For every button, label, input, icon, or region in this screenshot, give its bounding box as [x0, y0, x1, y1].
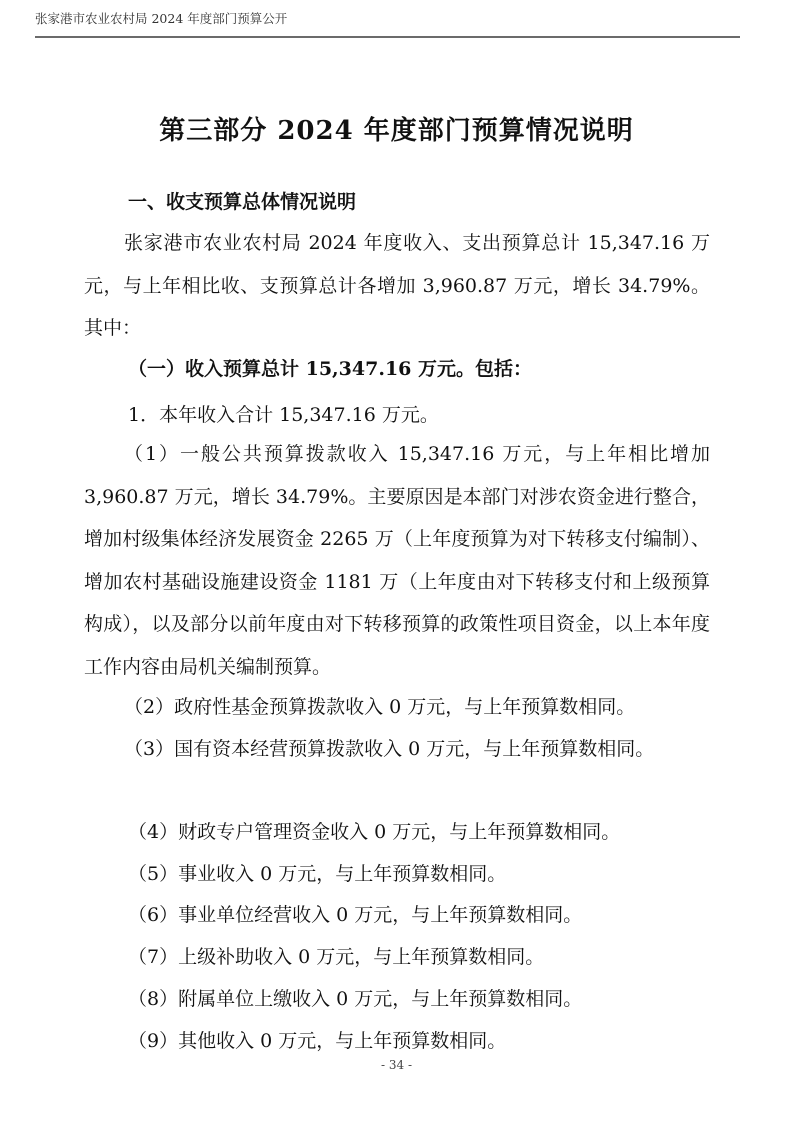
income-total-item: 1．本年收入合计 15,347.16 万元。	[128, 400, 439, 427]
income-item-4: （4）财政专户管理资金收入 0 万元，与上年预算数相同。	[128, 817, 620, 844]
page-number: - 34 -	[0, 1058, 793, 1072]
header-rule	[35, 36, 740, 38]
income-item-1: （1）一般公共预算拨款收入 15,347.16 万元，与上年相比增加 3,960…	[84, 433, 710, 688]
intro-paragraph: 张家港市农业农村局 2024 年度收入、支出预算总计 15,347.16 万元，…	[84, 222, 710, 350]
income-item-8: （8）附属单位上缴收入 0 万元，与上年预算数相同。	[128, 984, 582, 1011]
income-item-3: （3）国有资本经营预算拨款收入 0 万元，与上年预算数相同。	[84, 728, 710, 771]
income-item-7: （7）上级补助收入 0 万元，与上年预算数相同。	[128, 942, 544, 969]
income-item-2: （2）政府性基金预算拨款收入 0 万元，与上年预算数相同。	[84, 686, 710, 729]
income-item-5: （5）事业收入 0 万元，与上年预算数相同。	[128, 859, 506, 886]
income-item-9: （9）其他收入 0 万元，与上年预算数相同。	[128, 1026, 506, 1053]
subsection-heading: （一）收入预算总计 15,347.16 万元。包括：	[128, 354, 532, 381]
income-item-6: （6）事业单位经营收入 0 万元，与上年预算数相同。	[128, 900, 582, 927]
running-header: 张家港市农业农村局 2024 年度部门预算公开	[35, 9, 287, 27]
section-heading: 一、收支预算总体情况说明	[128, 187, 356, 214]
page-title: 第三部分 2024 年度部门预算情况说明	[0, 110, 793, 147]
